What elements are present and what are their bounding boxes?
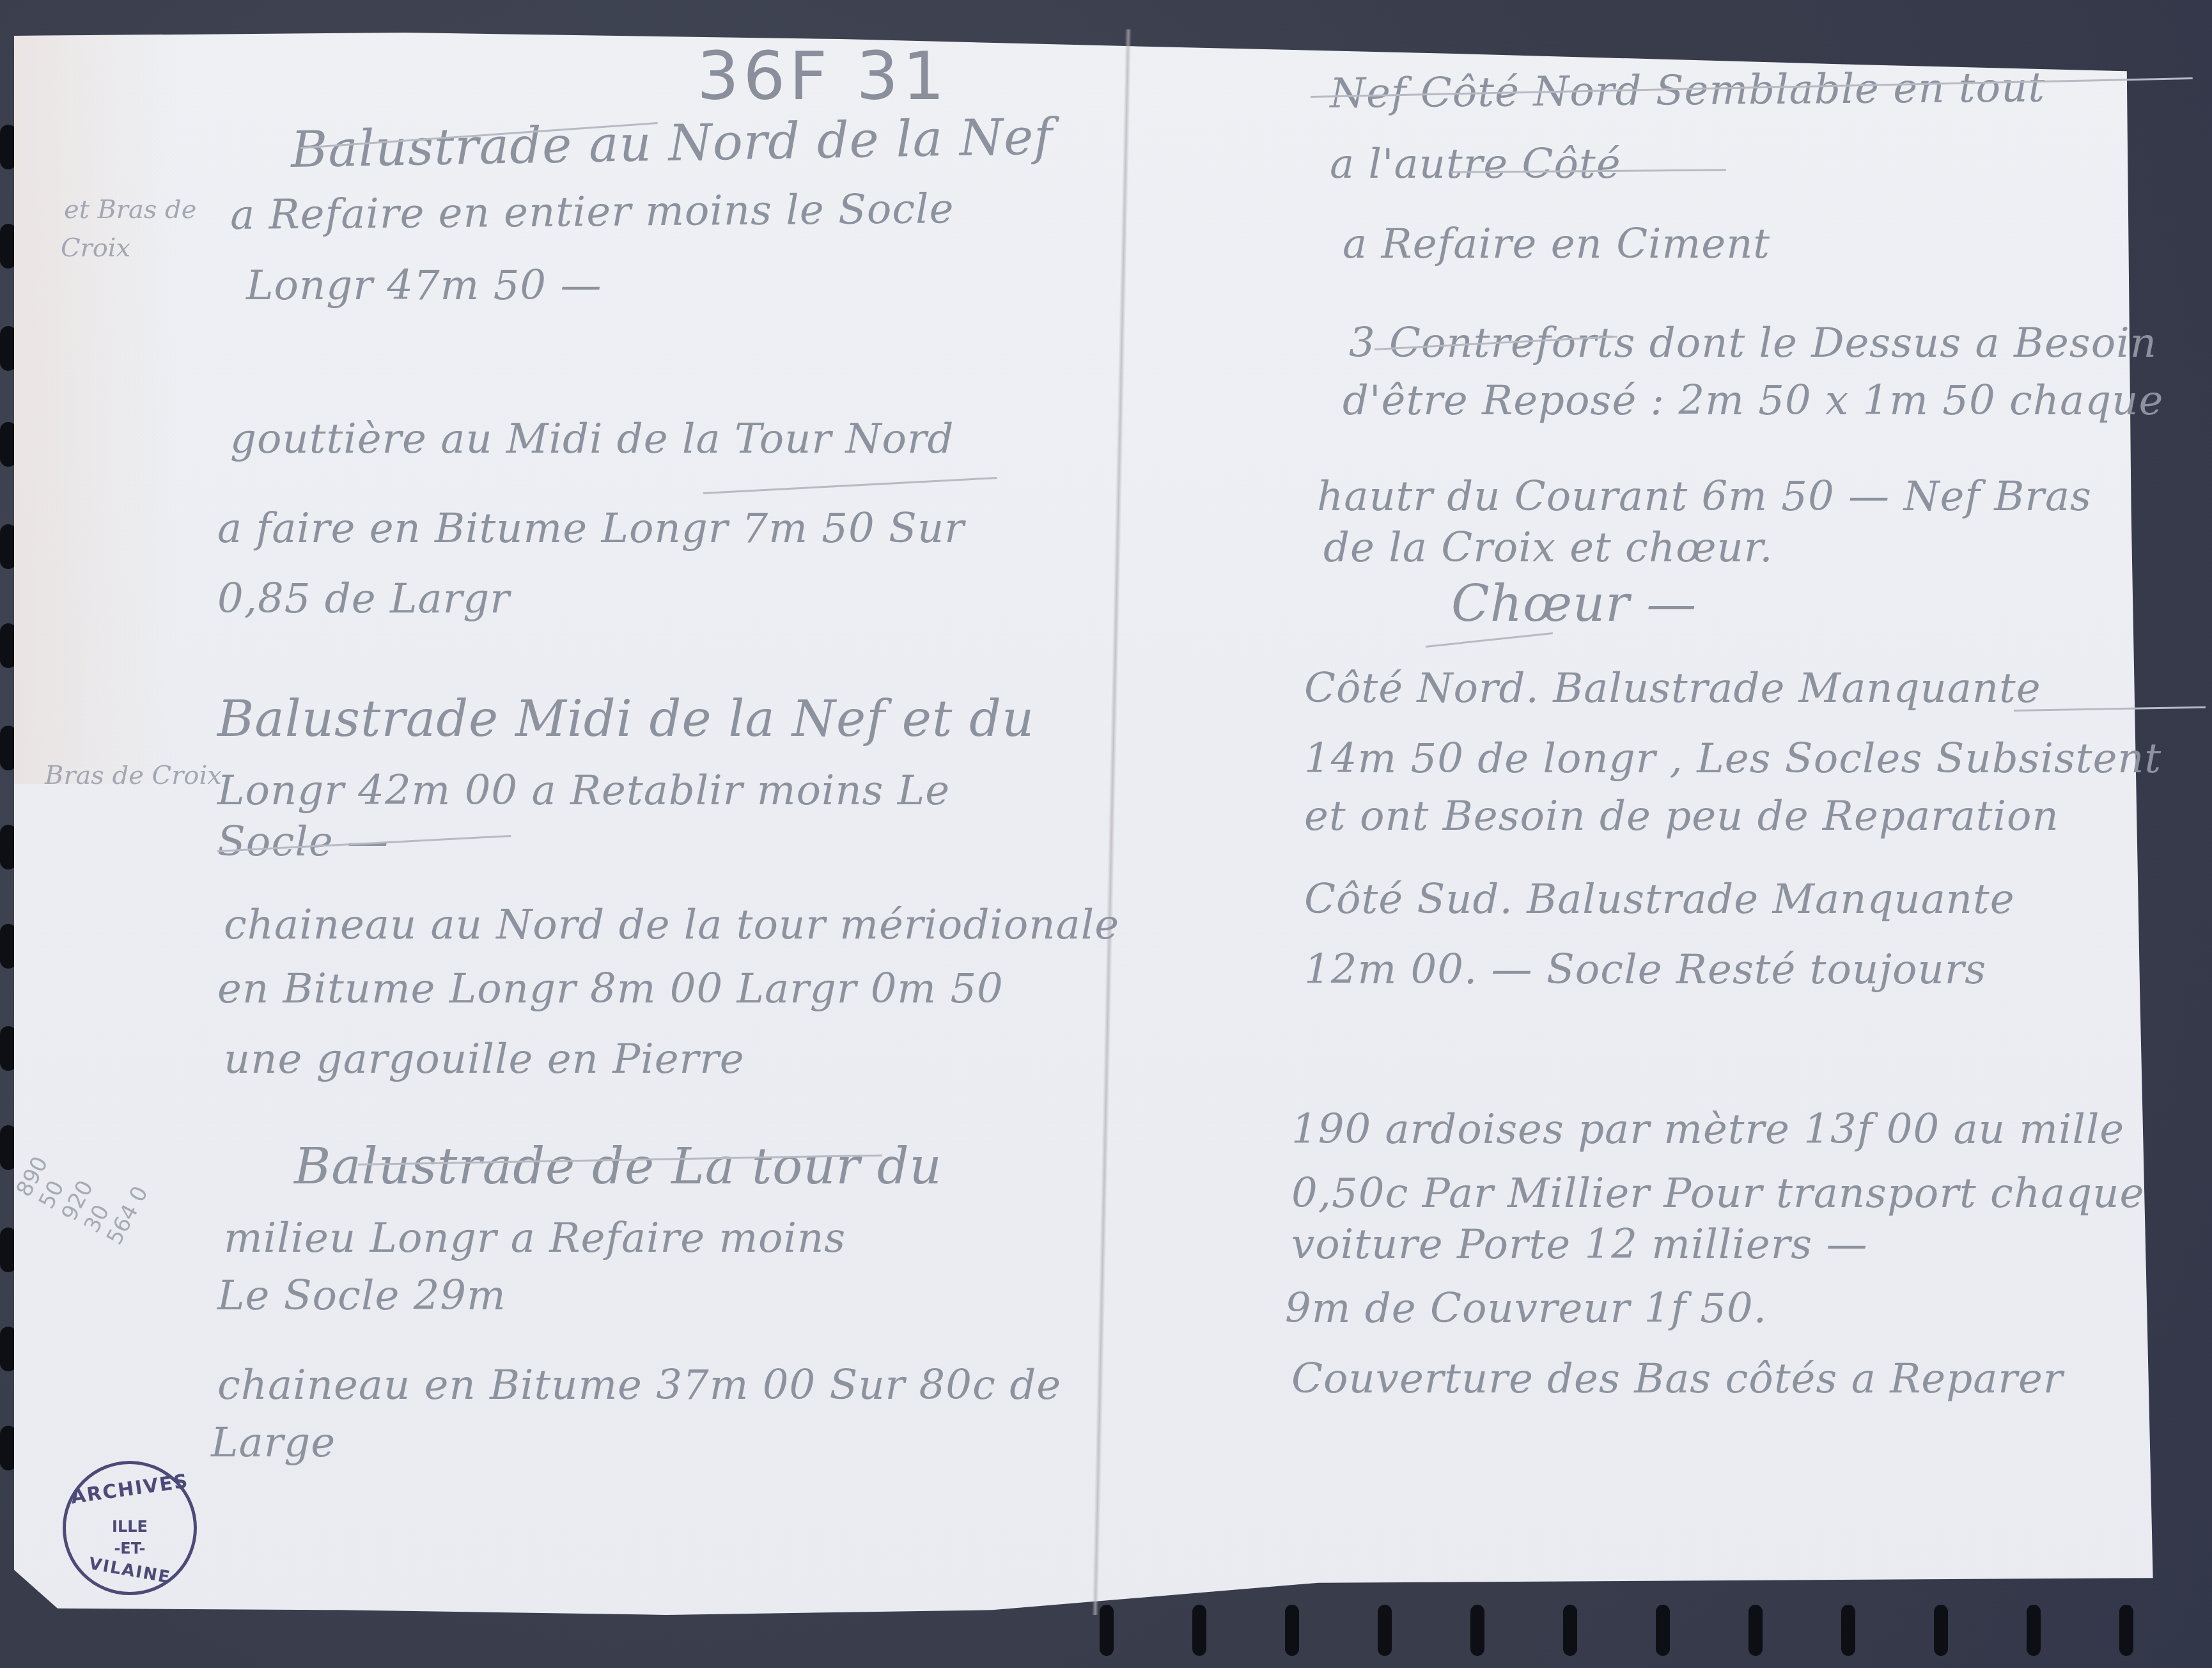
manuscript-line: Large <box>211 1419 336 1467</box>
manuscript-line: Balustrade Midi de la Nef et du <box>217 690 1034 748</box>
manuscript-line: 0,85 de Largr <box>217 575 510 623</box>
manuscript-line: Nef Côté Nord Semblable en tout <box>1330 64 2046 118</box>
manuscript-line: gouttière au Midi de la Tour Nord <box>230 416 954 463</box>
manuscript-line: d'être Reposé : 2m 50 x 1m 50 chaque <box>1343 377 2163 425</box>
manuscript-line: milieu Longr a Refaire moins <box>224 1215 846 1262</box>
manuscript-line: a Refaire en Ciment <box>1343 221 1770 268</box>
manuscript-line: 9m de Couvreur 1f 50. <box>1285 1285 1767 1332</box>
manuscript-line: de la Croix et chœur. <box>1323 524 1773 572</box>
left-page: Balustrade au Nord de la Nef a Refaire e… <box>0 0 1112 1668</box>
manuscript-line: chaineau au Nord de la tour mériodionale <box>224 901 1119 949</box>
manuscript-line: 12m 00. — Socle Resté toujours <box>1304 946 1986 994</box>
manuscript-line: Longr 47m 50 — <box>246 262 602 309</box>
manuscript-line: 14m 50 de longr , Les Socles Subsistent <box>1304 735 2161 783</box>
pencil-stroke <box>703 477 997 494</box>
manuscript-line: Balustrade de La tour du <box>294 1138 942 1196</box>
manuscript-line: voiture Porte 12 milliers — <box>1291 1221 1867 1268</box>
manuscript-line: a l'autre Côté <box>1330 141 1621 188</box>
manuscript-line: une gargouille en Pierre <box>224 1036 745 1083</box>
manuscript-line: Longr 42m 00 a Retablir moins Le <box>217 767 950 815</box>
margin-note: Bras de Croix <box>45 761 222 790</box>
manuscript-line: 190 ardoises par mètre 13f 00 au mille <box>1291 1106 2124 1153</box>
margin-note: Croix <box>61 233 130 263</box>
archives-stamp: ARCHIVES ILLE -ET- VILAINE <box>63 1461 197 1595</box>
pencil-stroke <box>1426 632 1553 648</box>
manuscript-line: hautr du Courant 6m 50 — Nef Bras <box>1317 473 2092 520</box>
manuscript-line: a Refaire en entier moins le Socle <box>230 185 954 239</box>
manuscript-line: Chœur — <box>1451 575 1697 633</box>
right-page: Nef Côté Nord Semblable en tout a l'autr… <box>1119 0 2212 1668</box>
manuscript-line: et ont Besoin de peu de Reparation <box>1304 793 2059 840</box>
pencil-stroke <box>2014 706 2206 712</box>
margin-note: et Bras de <box>64 195 196 224</box>
manuscript-line: chaineau en Bitume 37m 00 Sur 80c de <box>217 1362 1061 1409</box>
stamp-text-top: ARCHIVES <box>65 1469 195 1509</box>
manuscript-line: Socle — <box>217 818 389 866</box>
manuscript-line: a faire en Bitume Longr 7m 50 Sur <box>217 505 965 552</box>
manuscript-line: Le Socle 29m <box>217 1272 506 1320</box>
manuscript-line: en Bitume Longr 8m 00 Largr 0m 50 <box>217 965 1004 1013</box>
manuscript-line: 0,50c Par Millier Pour transport chaque <box>1291 1170 2144 1217</box>
manuscript-line: Balustrade au Nord de la Nef <box>290 108 1054 179</box>
manuscript-line: Côté Sud. Balustrade Manquante <box>1304 876 2015 923</box>
manuscript-line: Côté Nord. Balustrade Manquante <box>1304 665 2041 712</box>
manuscript-line: Couverture des Bas côtés a Reparer <box>1291 1355 2063 1403</box>
stamp-text-middle: ILLE <box>66 1518 194 1536</box>
margin-calculation: 890 50 920 30 564 0 <box>12 1098 206 1267</box>
